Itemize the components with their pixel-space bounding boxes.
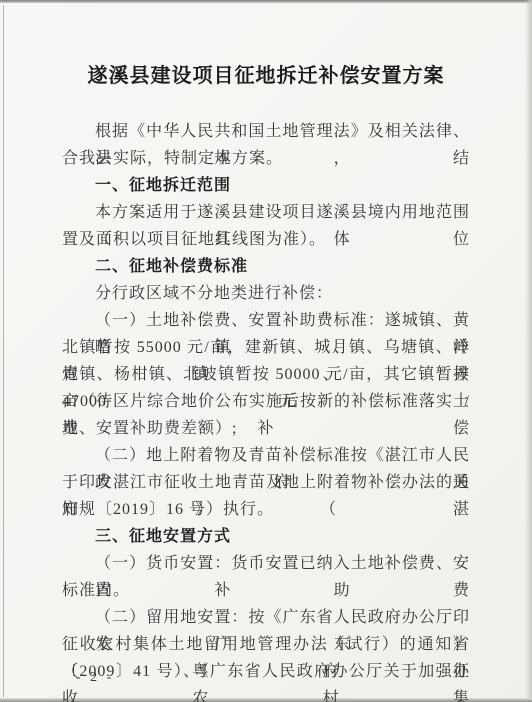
document-line: 置及面积以项目征地红线图为准）。 [62,226,470,253]
document-line: 征收农村集体土地留用地管理办法（试行）的通知》（粤府办 [62,631,470,658]
document-line: 合我县实际，特制定本方案。 [62,145,470,172]
document-line: 标准内。 [62,577,470,604]
scan-edge-right-shadow [525,0,532,702]
document-line: 〔2009〕41 号）、《广东省人民政府办公厅关于加强征收农村集 [62,658,470,685]
document-line: 炮镇、杨柑镇、北坡镇暂按 50000 元/亩，其它镇暂按 47000 元/ [62,361,470,388]
page-number: - 2 - [76,670,114,686]
section-heading: 二、征地补偿费标准 [62,253,470,280]
document-line: （一）货币安置：货币安置已纳入土地补偿费、安置补助费 [62,550,470,577]
document-line: （二）地上附着物及青苗补偿标准按《湛江市人民政府关 [62,442,470,469]
document-line: （二）留用地安置：按《广东省人民政府办公厅印发广东省 [62,604,470,631]
document-line: 于印发湛江市征收土地青苗及地上附着物补偿办法的通知》（湛 [62,469,470,496]
document-line: 费、安置补助费差额）; [62,415,470,442]
section-heading: 一、征地拆迁范围 [62,172,470,199]
document-line: 府规〔2019〕16 号）执行。 [62,496,470,523]
document-body: 根据《中华人民共和国土地管理法》及相关法律、法规，结合我县实际，特制定本方案。一… [62,0,470,702]
document-line: 亩（待区片综合地价公布实施后按新的补偿标准落实土地补偿 [62,388,470,415]
document-line: 分行政区域不分地类进行补偿： [62,280,470,307]
document-line: （一）土地补偿费、安置补助费标准：遂城镇、黄略镇、岭 [62,307,470,334]
scan-edge-left [3,5,4,697]
document-line: 北镇暂按 55000 元/亩，建新镇、城月镇、乌塘镇、洋青镇、界 [62,334,470,361]
document-line: 本方案适用于遂溪县建设项目遂溪县境内用地范围（具体位 [62,199,470,226]
document-line: 根据《中华人民共和国土地管理法》及相关法律、法规，结 [62,118,470,145]
section-heading: 三、征地安置方式 [62,523,470,550]
